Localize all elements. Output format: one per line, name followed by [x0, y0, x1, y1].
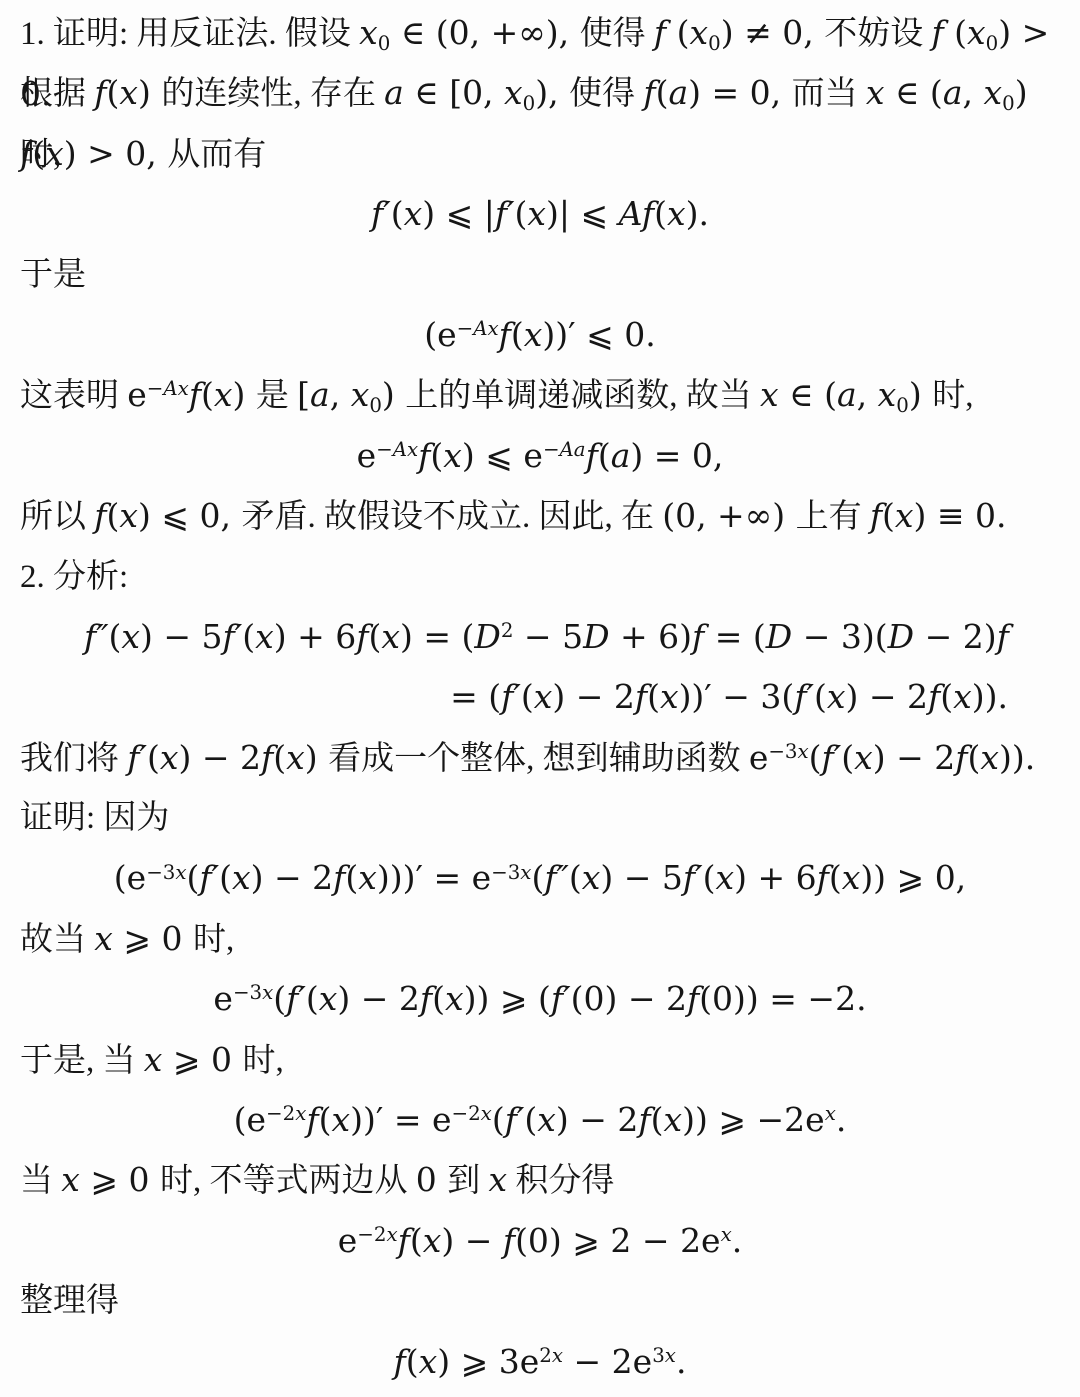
math-symbol: )). [972, 677, 1008, 716]
superscript: −3 [768, 740, 797, 763]
math-var: x [895, 496, 914, 535]
math-symbol: ( [432, 979, 445, 1018]
math-symbol: ( [647, 677, 660, 716]
text-line: 所以 f(x) ⩽ 0, 矛盾. 故假设不成立. 因此, 在 (0, +∞) 上… [20, 486, 1060, 546]
math-var: D [888, 617, 914, 656]
math-var: f [586, 436, 598, 475]
math-var: x [94, 919, 113, 958]
superscript: −2 [452, 1102, 481, 1125]
math-symbol: ( [368, 617, 381, 656]
math-symbol: ( [391, 194, 404, 233]
math-symbol: ) − 2 [846, 677, 929, 716]
superscript: x [721, 1223, 732, 1246]
math-var: x [381, 617, 400, 656]
math-symbol: ( [654, 194, 667, 233]
math-symbol: ))′ ⩽ 0. [542, 315, 655, 354]
math-var: x [527, 194, 546, 233]
math-var: x [664, 1100, 683, 1139]
math-var: f [955, 738, 967, 777]
math-symbol: ( [219, 858, 232, 897]
math-var: x [842, 858, 861, 897]
math-symbol: ) = ( [400, 617, 474, 656]
math-symbol: (0) ⩾ 2 − 2e [515, 1221, 721, 1260]
math-var: D [583, 617, 609, 656]
text-line: 于是 [20, 245, 1060, 305]
math-var: f [997, 617, 1009, 656]
text-run: 证明: 因为 [20, 800, 169, 836]
math-symbol: ( [531, 858, 544, 897]
math-symbol: ∈ [0, [404, 73, 504, 112]
math-var: x [667, 194, 686, 233]
math-var: x [331, 1100, 350, 1139]
text-run: 使得 [569, 76, 643, 112]
math-var: f [638, 1100, 650, 1139]
math-symbol: ( [841, 738, 854, 777]
text-line: 1. 证明: 用反证法. 假设 x0 ∈ (0, +∞), 使得 f (x0) … [20, 3, 1060, 63]
text-line: 故当 x ⩾ 0 时, [20, 909, 1060, 969]
math-var: x [319, 979, 338, 1018]
math-var: x [534, 677, 553, 716]
superscript: x [295, 1102, 306, 1125]
math-var: x [980, 738, 999, 777]
text-run: 从而有 [167, 137, 266, 173]
math-symbol: , [963, 73, 984, 112]
superscript: −3 [146, 861, 175, 884]
math-var: f″ [544, 858, 569, 897]
math-var: x [854, 738, 873, 777]
math-symbol: ( [521, 677, 534, 716]
formula-line: e−3x(f′(x) − 2f(x)) ⩾ (f′(0) − 2f(0)) = … [20, 969, 1060, 1029]
superscript: −3 [233, 981, 262, 1004]
text-run: 当 [20, 1163, 61, 1199]
math-symbol: ( [430, 436, 443, 475]
math-var: Af [619, 194, 654, 233]
superscript: −2 [357, 1223, 386, 1246]
math-var: x [119, 73, 138, 112]
math-symbol: ( [410, 1221, 423, 1260]
math-var: f [654, 13, 666, 52]
math-var: x [760, 375, 779, 414]
math-var: x [983, 73, 1002, 112]
text-line: 这表明 e−Axf(x) 是 [a, x0) 上的单调递减函数, 故当 x ∈ … [20, 365, 1060, 425]
math-var: f [499, 315, 511, 354]
math-var: x [232, 858, 251, 897]
text-run: 故当 [20, 922, 94, 958]
math-symbol: ) [909, 375, 932, 414]
math-symbol: )) ⩾ 0, [860, 858, 966, 897]
math-symbol: ) − 2 [251, 858, 334, 897]
superscript: Ax [393, 438, 418, 461]
math-symbol: ) [138, 73, 161, 112]
math-symbol: )) ⩾ −2e [682, 1100, 825, 1139]
math-symbol: ( [406, 1342, 419, 1381]
subscript: 0 [896, 394, 909, 417]
text-run: 上有 [796, 499, 870, 535]
math-symbol: ))′ = e [350, 1100, 451, 1139]
math-symbol: (e [114, 858, 146, 897]
text-line: 2. 分析: [20, 547, 1060, 607]
superscript: x [552, 1344, 563, 1367]
math-symbol: ) > 0, [64, 134, 167, 173]
formula-line: e−2xf(x) − f(0) ⩾ 2 − 2ex. [20, 1211, 1060, 1271]
math-symbol: ) − 2 [552, 677, 635, 716]
math-var: x [582, 858, 601, 897]
math-var: f [394, 1342, 406, 1381]
math-symbol: ) ≡ 0. [914, 496, 1007, 535]
math-symbol: 0 [416, 1160, 448, 1199]
math-var: f [306, 1100, 318, 1139]
math-symbol: (0, +∞) [662, 496, 795, 535]
math-symbol: )). [999, 738, 1035, 777]
math-var: x [61, 1160, 80, 1199]
math-symbol: ( [944, 13, 967, 52]
math-var: x [351, 375, 370, 414]
math-var: x [255, 617, 274, 656]
superscript: − [376, 438, 393, 461]
math-symbol: ) ⩽ | [422, 194, 495, 233]
math-var: x [443, 436, 462, 475]
math-var: x [715, 858, 734, 897]
math-symbol: ) ⩽ e [462, 436, 543, 475]
superscript: x [262, 981, 273, 1004]
math-var: f [261, 738, 273, 777]
superscript: Ax [473, 317, 498, 340]
math-var: f [398, 1221, 410, 1260]
text-run: 时, 不等式两边从 [160, 1163, 416, 1199]
math-symbol: ) ≠ 0, [721, 13, 824, 52]
math-var: f [420, 979, 432, 1018]
superscript: x [520, 861, 531, 884]
math-var: x [419, 1342, 438, 1381]
math-symbol: ) − 2 [556, 1100, 639, 1139]
math-symbol: = ( [704, 617, 766, 656]
text-line: 整理得 [20, 1271, 1060, 1331]
math-var: x [524, 315, 543, 354]
math-var: f′ [223, 617, 243, 656]
math-var: x [358, 858, 377, 897]
superscript: Aa [560, 438, 586, 461]
math-symbol: ( [967, 738, 980, 777]
math-var: f′ [286, 979, 306, 1018]
math-symbol: ( [666, 13, 689, 52]
text-run: 于是 [20, 257, 86, 293]
math-var: D [474, 617, 500, 656]
text-run: 上的单调递减函数, 故当 [405, 378, 760, 414]
text-line: 我们将 f′(x) − 2f(x) 看成一个整体, 想到辅助函数 e−3x(f′… [20, 728, 1060, 788]
text-run: 时, [932, 378, 973, 414]
math-var: x [144, 1040, 163, 1079]
math-symbol: ( [187, 858, 200, 897]
math-symbol: − 5 [513, 617, 583, 656]
math-symbol: ). [686, 194, 709, 233]
math-symbol: ( [515, 194, 528, 233]
math-var: x [286, 738, 305, 777]
text-run: 时, [243, 1043, 284, 1079]
math-var: x [878, 375, 897, 414]
math-symbol: ) + 6 [734, 858, 817, 897]
superscript: − [147, 377, 164, 400]
subscript: 0 [523, 92, 536, 115]
math-var: f′ [371, 194, 391, 233]
subscript: 0 [708, 32, 721, 55]
math-var: x [214, 375, 233, 414]
text-run: 于是, 当 [20, 1043, 144, 1079]
text-line: 于是, 当 x ⩾ 0 时, [20, 1030, 1060, 1090]
math-symbol: [ [297, 375, 310, 414]
text-run: 看成一个整体, 想到辅助函数 [328, 741, 749, 777]
math-symbol: ) ⩽ 0, [138, 496, 241, 535]
math-symbol: ∈ (0, +∞), [390, 13, 579, 52]
math-symbol: ( [524, 1100, 537, 1139]
math-var: x [445, 979, 464, 1018]
math-symbol: − 2e [563, 1342, 652, 1381]
math-var: f [870, 496, 882, 535]
math-var: x [690, 13, 709, 52]
superscript: 3 [652, 1344, 665, 1367]
text-run: 而当 [792, 76, 866, 112]
math-symbol: ⩾ 0 [113, 919, 193, 958]
formula-line: e−Axf(x) ⩽ e−Aaf(a) = 0, [20, 426, 1060, 486]
math-symbol: )| ⩽ [546, 194, 619, 233]
math-symbol: e [357, 436, 377, 475]
text-run: 整理得 [20, 1283, 119, 1319]
superscript: − [457, 317, 474, 340]
math-var: x [537, 1100, 556, 1139]
formula-line: f(x) ⩾ 3e2x − 2e3x. [20, 1332, 1060, 1392]
math-symbol: ⩾ 0 [162, 1040, 242, 1079]
math-symbol: ), [535, 73, 569, 112]
math-symbol: (0)) = −2. [699, 979, 866, 1018]
math-symbol: ) − 2 [337, 979, 420, 1018]
math-symbol: ) [233, 375, 256, 414]
math-symbol: . [836, 1100, 847, 1139]
math-var: f′ [495, 194, 515, 233]
math-symbol: . [676, 1342, 687, 1381]
math-var: f′ [822, 738, 842, 777]
text-run: 我们将 [20, 741, 127, 777]
math-var: x [121, 617, 140, 656]
math-var: f [687, 979, 699, 1018]
math-var: x [423, 1221, 442, 1260]
math-var: x [404, 194, 423, 233]
math-symbol: . [732, 1221, 743, 1260]
superscript: 2 [539, 1344, 552, 1367]
text-run: 矛盾. 故假设不成立. 因此, 在 [241, 499, 662, 535]
subscript: 0 [1002, 92, 1015, 115]
math-symbol: − 2) [914, 617, 997, 656]
math-symbol: ) − 2 [178, 738, 261, 777]
math-var: x [827, 677, 846, 716]
subscript: 0 [369, 394, 382, 417]
math-var: x [160, 738, 179, 777]
math-symbol: ) = 0, [630, 436, 723, 475]
text-run: 是 [256, 378, 297, 414]
text-run: 时, [193, 922, 234, 958]
math-symbol: (e [424, 315, 456, 354]
superscript: x [386, 1223, 397, 1246]
superscript: x [665, 1344, 676, 1367]
math-symbol: ∈ ( [885, 73, 943, 112]
math-var: f′ [794, 677, 814, 716]
math-var: x [967, 13, 986, 52]
math-symbol: − 3)( [792, 617, 887, 656]
math-symbol: ( [809, 738, 822, 777]
text-line: 根据 f(x) 的连续性, 存在 a ∈ [0, x0), 使得 f(a) = … [20, 63, 1060, 123]
math-var: x [489, 1160, 508, 1199]
math-symbol: ( [32, 134, 45, 173]
math-var: f [503, 1221, 515, 1260]
formula-line: (e−2xf(x))′ = e−2x(f′(x) − 2f(x)) ⩾ −2ex… [20, 1090, 1060, 1150]
math-symbol: + 6) [610, 617, 693, 656]
math-symbol: ) ⩾ 3e [437, 1342, 539, 1381]
math-var: f [94, 73, 106, 112]
math-symbol: ⩾ 0 [80, 1160, 160, 1199]
math-var: f [418, 436, 430, 475]
math-symbol: (e [234, 1100, 266, 1139]
math-var: x [45, 134, 64, 173]
math-symbol: ) − 5 [600, 858, 683, 897]
math-var: a [611, 436, 631, 475]
math-symbol: , [330, 375, 351, 414]
math-symbol: ( [651, 1100, 664, 1139]
math-var: f″ [84, 617, 109, 656]
text-line: 当 x ⩾ 0 时, 不等式两边从 0 到 x 积分得 [20, 1150, 1060, 1210]
math-var: f [20, 134, 32, 173]
formula-line: (e−Axf(x))′ ⩽ 0. [20, 305, 1060, 365]
text-run: 到 [447, 1163, 488, 1199]
math-symbol: ( [569, 858, 582, 897]
math-symbol: ( [492, 1100, 505, 1139]
superscript: −3 [491, 861, 520, 884]
math-var: f′ [505, 1100, 525, 1139]
text-run: 1. 证明: 用反证法. 假设 [20, 16, 359, 52]
math-var: x [504, 73, 523, 112]
math-var: f [635, 677, 647, 716]
text-run: 积分得 [507, 1163, 614, 1199]
math-var: f [356, 617, 368, 656]
math-symbol: ( [345, 858, 358, 897]
math-var: f [643, 73, 655, 112]
math-symbol: ( [273, 979, 286, 1018]
superscript: − [543, 438, 560, 461]
math-symbol: ) − 5 [140, 617, 223, 656]
math-symbol: = ( [450, 677, 501, 716]
superscript: x [481, 1102, 492, 1125]
math-symbol: ) [1015, 73, 1038, 112]
subscript: 0 [986, 32, 999, 55]
math-symbol: ( [511, 315, 524, 354]
math-symbol: ( [109, 617, 122, 656]
superscript: x [798, 740, 809, 763]
math-symbol: ( [882, 496, 895, 535]
math-symbol: ) = 0, [688, 73, 791, 112]
math-var: f′ [199, 858, 219, 897]
superscript: 2 [501, 619, 514, 642]
math-symbol: )))′ = e [377, 858, 491, 897]
math-symbol: ) − 2 [873, 738, 956, 777]
math-var: a [943, 73, 963, 112]
math-var: x [359, 13, 378, 52]
text-run: 的连续性, 存在 [161, 76, 384, 112]
text-run: 使得 [580, 16, 654, 52]
text-run: 不妨设 [824, 16, 931, 52]
math-symbol: ) + 6 [274, 617, 357, 656]
math-var: D [766, 617, 792, 656]
math-symbol: ∈ ( [779, 375, 837, 414]
superscript: x [825, 1102, 836, 1125]
formula-line: f′(x) ⩽ |f′(x)| ⩽ Af(x). [20, 184, 1060, 244]
math-symbol: ( [814, 677, 827, 716]
math-symbol: ( [147, 738, 160, 777]
math-symbol: ( [242, 617, 255, 656]
math-symbol: ) [382, 375, 405, 414]
math-var: f [189, 375, 201, 414]
subscript: 0 [378, 32, 391, 55]
math-var: f [928, 677, 940, 716]
math-var: f [333, 858, 345, 897]
math-var: f [931, 13, 943, 52]
math-symbol: ) [305, 738, 328, 777]
formula-line: (e−3x(f′(x) − 2f(x)))′ = e−3x(f″(x) − 5f… [20, 848, 1060, 908]
math-var: f [692, 617, 704, 656]
text-run: 2. 分析: [20, 559, 128, 595]
superscript: Ax [163, 377, 188, 400]
math-symbol: e [749, 738, 769, 777]
math-var: a [837, 375, 857, 414]
math-symbol: ( [940, 677, 953, 716]
math-var: f [817, 858, 829, 897]
math-symbol: ( [106, 73, 119, 112]
math-symbol: ))′ − 3( [679, 677, 795, 716]
math-symbol: ( [273, 738, 286, 777]
math-var: f [94, 496, 106, 535]
math-symbol: ( [319, 1100, 332, 1139]
math-symbol: ( [201, 375, 214, 414]
math-symbol: (0) − 2 [571, 979, 687, 1018]
math-symbol: ( [703, 858, 716, 897]
solution-document: 1. 证明: 用反证法. 假设 x0 ∈ (0, +∞), 使得 f (x0) … [0, 0, 1080, 1397]
text-line: 证明: 因为 [20, 788, 1060, 848]
math-symbol: )) ⩾ ( [464, 979, 551, 1018]
text-run: 所以 [20, 499, 94, 535]
math-var: x [866, 73, 885, 112]
math-var: a [668, 73, 688, 112]
math-var: f′ [683, 858, 703, 897]
math-symbol: ( [656, 73, 669, 112]
math-symbol: ( [598, 436, 611, 475]
math-var: f′ [551, 979, 571, 1018]
math-var: f′ [127, 738, 147, 777]
math-symbol: e [338, 1221, 358, 1260]
math-var: x [953, 677, 972, 716]
math-symbol: e [127, 375, 147, 414]
math-var: x [119, 496, 138, 535]
formula-line: = (f′(x) − 2f(x))′ − 3(f′(x) − 2f(x)). [20, 667, 1060, 727]
math-symbol: ( [106, 496, 119, 535]
math-var: a [310, 375, 330, 414]
math-symbol: ( [306, 979, 319, 1018]
math-symbol: ( [829, 858, 842, 897]
superscript: x [175, 861, 186, 884]
superscript: −2 [266, 1102, 295, 1125]
math-var: f′ [501, 677, 521, 716]
math-symbol: ) − [441, 1221, 503, 1260]
text-run: 这表明 [20, 378, 127, 414]
math-var: a [384, 73, 404, 112]
math-symbol: , [857, 375, 878, 414]
math-var: x [660, 677, 679, 716]
formula-line: f″(x) − 5f′(x) + 6f(x) = (D2 − 5D + 6)f … [20, 607, 1060, 667]
